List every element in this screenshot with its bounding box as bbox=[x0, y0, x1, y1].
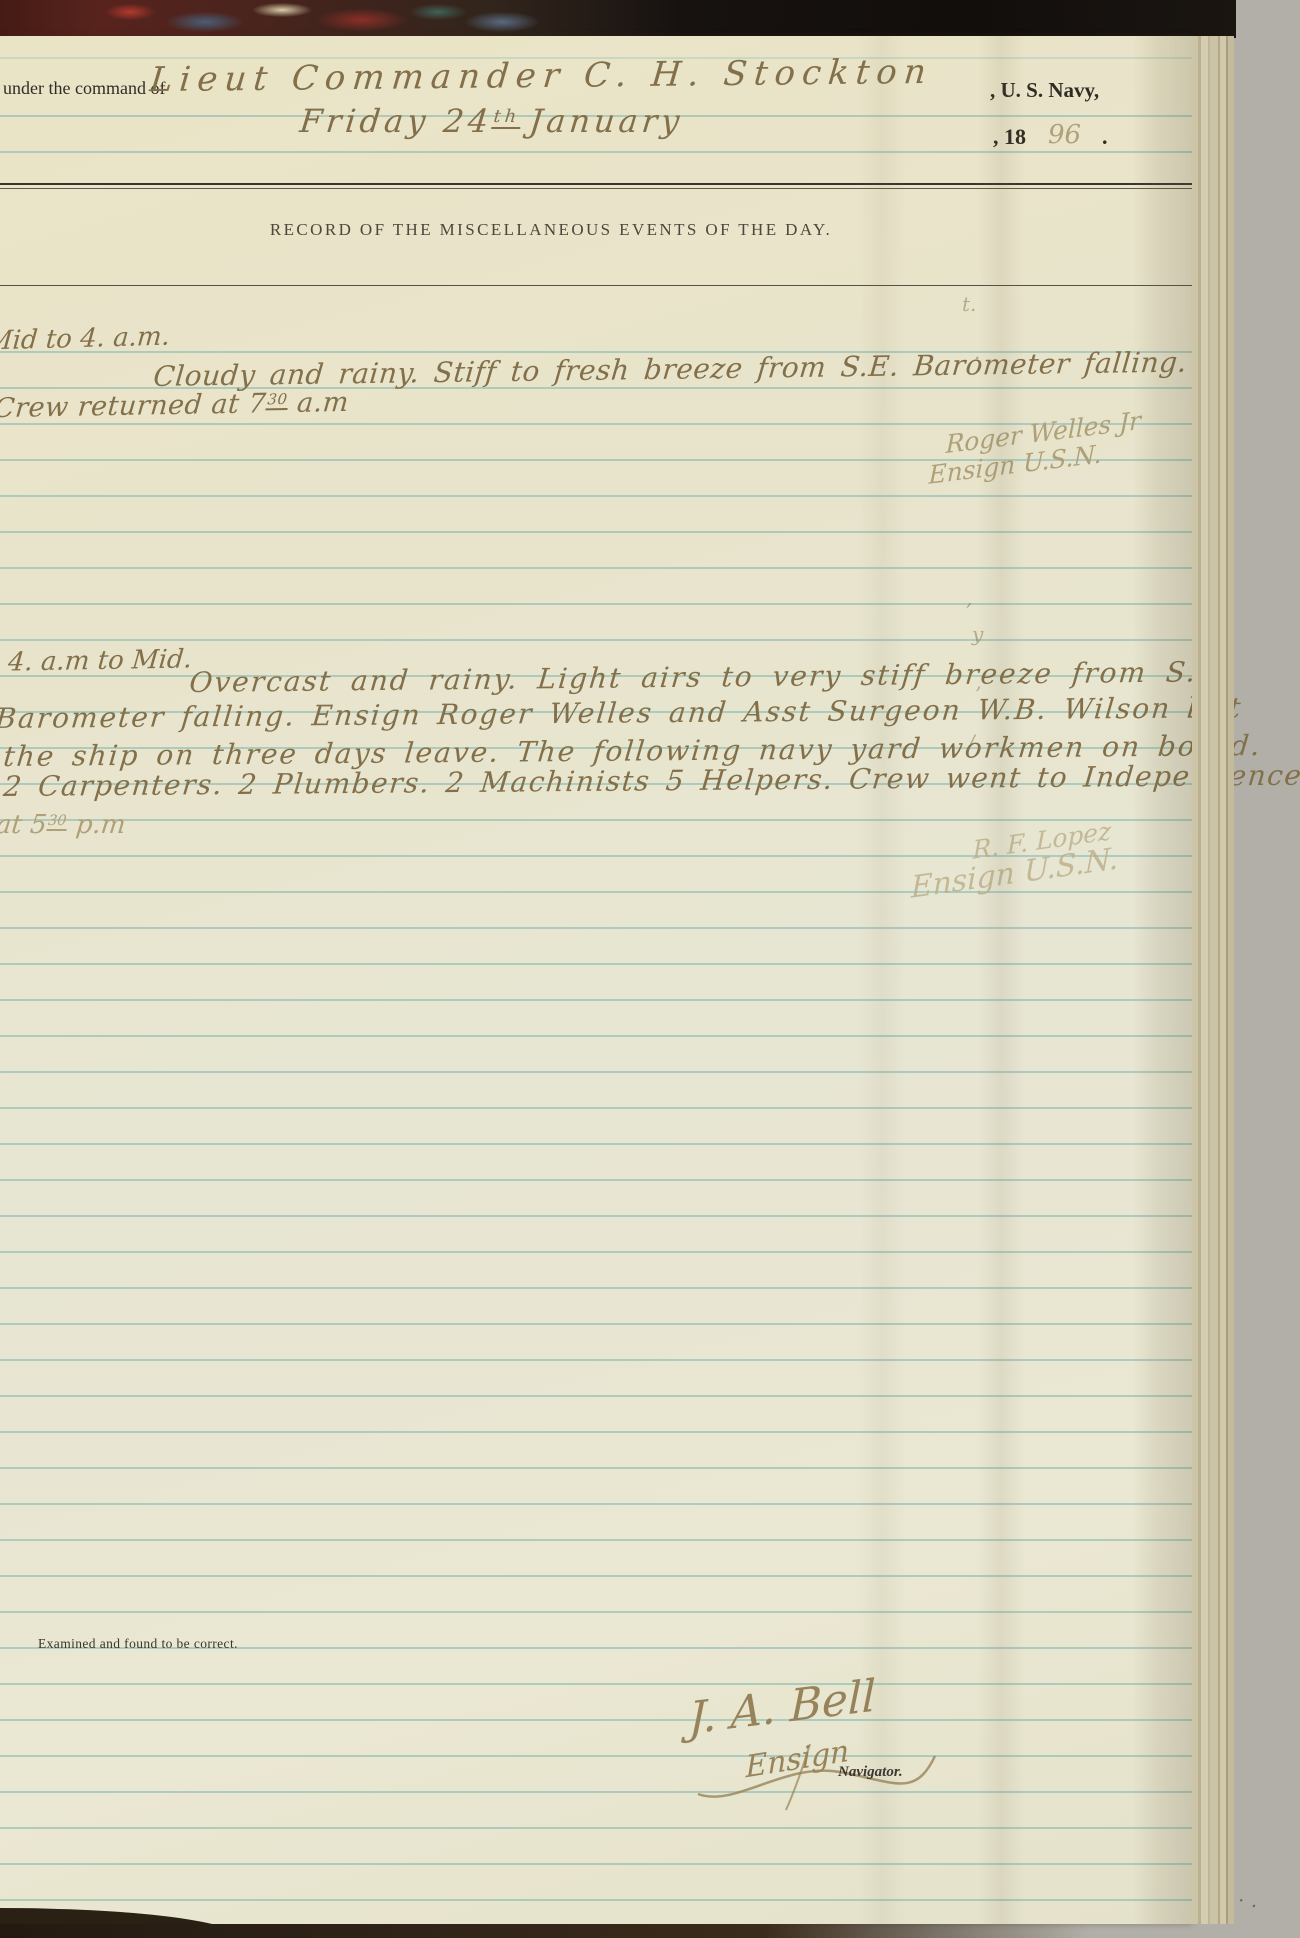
thin-rule bbox=[0, 285, 1192, 286]
entry-1-line-2-suffix: a.m bbox=[296, 387, 351, 419]
year-handwriting: 96 bbox=[1048, 120, 1081, 150]
entry-2-watch-note: 4. a.m to Mid. bbox=[7, 644, 194, 677]
marbled-cover-edge bbox=[0, 0, 1236, 38]
ruled-lines bbox=[0, 351, 1192, 1913]
navy-suffix-label: , U. S. Navy, bbox=[990, 78, 1099, 103]
logbook-page: under the command of Lieut Commander C. … bbox=[0, 36, 1192, 1924]
entry-2-line-5-suffix: p.m bbox=[74, 810, 127, 840]
date-handwriting: Friday 24thJanuary bbox=[298, 102, 685, 140]
section-title: RECORD OF THE MISCELLANEOUS EVENTS OF TH… bbox=[0, 220, 1192, 240]
ink-mark: y bbox=[972, 622, 983, 646]
examined-label: Examined and found to be correct. bbox=[38, 1636, 238, 1652]
ruled-line bbox=[0, 151, 1192, 153]
ink-mark: . bbox=[974, 340, 980, 364]
date-month: January bbox=[528, 102, 686, 140]
entry-1-line-2-text: Crew returned at 7 bbox=[0, 388, 268, 424]
ink-mark: t. bbox=[962, 292, 976, 316]
commander-name-handwriting: Lieut Commander C. H. Stockton bbox=[148, 52, 935, 100]
entry-1-time-superscript: 30 bbox=[266, 390, 290, 410]
entry-1-watch-note: Mid to 4. a.m. bbox=[0, 322, 171, 357]
page-edge-stack bbox=[1192, 36, 1234, 1924]
logbook-scan: under the command of Lieut Commander C. … bbox=[0, 0, 1300, 1938]
ink-mark: ’ bbox=[975, 682, 981, 706]
date-day: Friday 24 bbox=[298, 102, 494, 140]
ink-mark: · . bbox=[1238, 1888, 1257, 1912]
book-bottom-edge bbox=[0, 1924, 1090, 1938]
entry-2-line-2: Barometer falling. Ensign Roger Welles a… bbox=[0, 691, 1244, 735]
entry-2-line-5: at 530p.m bbox=[0, 810, 127, 840]
year-prefix-label: , 18 bbox=[993, 124, 1026, 150]
ink-mark: , bbox=[966, 586, 972, 610]
entry-2-time-superscript: 30 bbox=[46, 813, 68, 831]
double-rule-bottom bbox=[0, 188, 1192, 189]
entry-2-line-5-text: at 5 bbox=[0, 810, 48, 840]
ink-mark: / bbox=[968, 730, 975, 754]
double-rule-top bbox=[0, 183, 1192, 185]
navigator-title-label: Navigator. bbox=[838, 1764, 903, 1781]
date-ordinal: th bbox=[491, 107, 522, 129]
entry-1-line-1: Cloudy and rainy. Stiff to fresh breeze … bbox=[152, 345, 1236, 393]
entry-1-line-2: Crew returned at 730a.m bbox=[0, 387, 350, 424]
year-period-label: . bbox=[1102, 124, 1108, 150]
command-prefix-label: under the command of bbox=[3, 78, 165, 99]
